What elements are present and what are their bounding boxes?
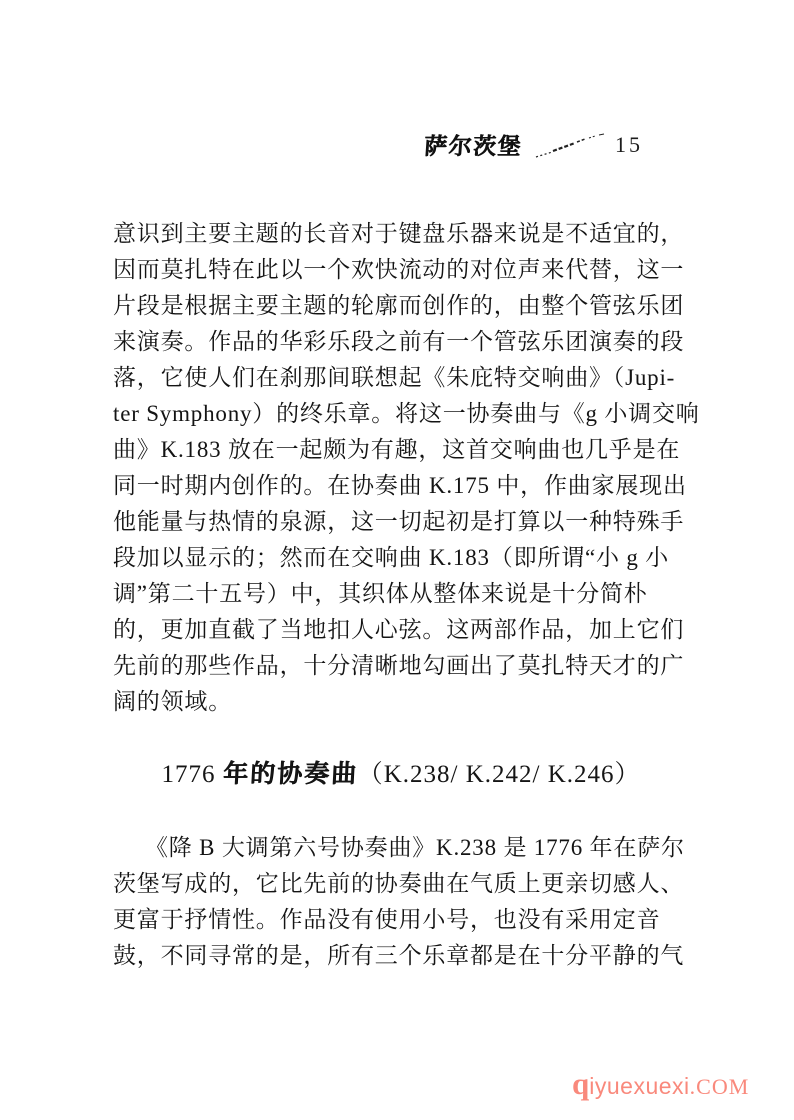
page-number: 15 — [615, 132, 643, 158]
section-heading: 1776 年的协奏曲（K.238/ K.242/ K.246） — [113, 758, 689, 792]
text-line: 段加以显示的；然而在交响曲 K.183（即所谓“小 g 小 — [113, 540, 689, 576]
section-heading-title: 年的协奏曲 — [222, 758, 359, 792]
text-line: 的，更加直截了当地扣人心弦。这两部作品，加上它们 — [113, 612, 689, 648]
text-line: 片段是根据主要主题的轮廓而创作的，由整个管弦乐团 — [113, 288, 689, 324]
text-line: 《降 B 大调第六号协奏曲》K.238 是 1776 年在萨尔 — [113, 830, 689, 866]
text-line: 来演奏。作品的华彩乐段之前有一个管弦乐团演奏的段 — [113, 324, 689, 360]
running-head: 萨尔茨堡 15 — [0, 126, 794, 166]
paragraph-1: 意识到主要主题的长音对于键盘乐器来说是不适宜的， 因而莫扎特在此以一个欢快流动的… — [113, 216, 689, 720]
text-line: 鼓，不同寻常的是，所有三个乐章都是在十分平静的气 — [113, 938, 689, 974]
text-line: 茨堡写成的，它比先前的协奏曲在气质上更亲切感人、 — [113, 866, 689, 902]
text-line: 先前的那些作品，十分清晰地勾画出了莫扎特天才的广 — [113, 648, 689, 684]
watermark-site-name: iyuexuexi — [589, 1075, 689, 1098]
text-line: 调”第二十五号）中，其织体从整体来说是十分简朴 — [113, 576, 689, 612]
text-line: 他能量与热情的泉源，这一切起初是打算以一种特殊手 — [113, 504, 689, 540]
watermark-tld: .COM — [690, 1076, 750, 1098]
text-line: 因而莫扎特在此以一个欢快流动的对位声来代替，这一 — [113, 252, 689, 288]
section-heading-year: 1776 — [161, 761, 222, 788]
text-line: 阔的领域。 — [113, 684, 689, 720]
watermark-site-url: qiyuexuexi.COM — [572, 1068, 749, 1104]
paragraph-2: 《降 B 大调第六号协奏曲》K.238 是 1776 年在萨尔 茨堡写成的，它比… — [113, 830, 689, 974]
text-line: 更富于抒情性。作品没有使用小号，也没有采用定音 — [113, 902, 689, 938]
watermark-initial-q: q — [572, 1068, 589, 1099]
text-line: 意识到主要主题的长音对于键盘乐器来说是不适宜的， — [113, 216, 689, 252]
text-line: ter Symphony）的终乐章。将这一协奏曲与《g 小调交响 — [113, 396, 689, 432]
flourish-decoration-icon — [533, 132, 607, 162]
scanned-book-page: 萨尔茨堡 15 意识到主要主题的长音对于键盘乐器来说是不适宜的， 因而莫扎特在此… — [0, 0, 794, 1120]
section-heading-works: （K.238/ K.242/ K.246） — [358, 761, 641, 788]
text-line: 落，它使人们在刹那间联想起《朱庇特交响曲》（Jupi- — [113, 360, 689, 396]
text-line: 曲》K.183 放在一起颇为有趣，这首交响曲也几乎是在 — [113, 432, 689, 468]
text-line: 同一时期内创作的。在协奏曲 K.175 中，作曲家展现出 — [113, 468, 689, 504]
running-head-title: 萨尔茨堡 — [423, 128, 523, 161]
